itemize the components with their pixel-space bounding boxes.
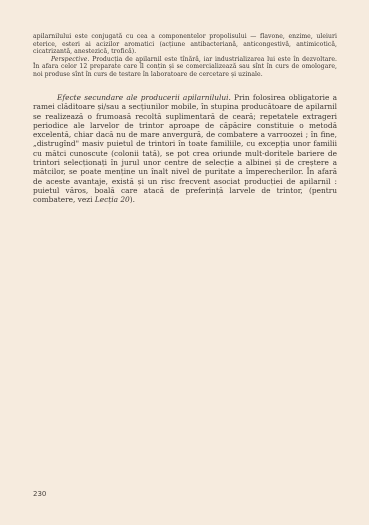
paragraph-perspective: Perspective. Producția de apilarnil este… <box>33 56 337 79</box>
paragraph-text-end: ). <box>130 195 135 204</box>
text-block-small: apilarnilului este conjugată cu cea a co… <box>33 33 337 79</box>
paragraph-text: Prin folosirea obligatorie a ramei clădi… <box>33 93 337 204</box>
section-heading-perspective: Perspective. <box>51 56 89 63</box>
paragraph-side-effects: Efecte secundare ale producerii apilarni… <box>33 93 337 205</box>
lesson-reference: Lecția 20 <box>95 195 130 204</box>
page-number: 230 <box>33 490 46 498</box>
text-block-large: Efecte secundare ale producerii apilarni… <box>33 93 337 205</box>
section-heading-side-effects: Efecte secundare ale producerii apilarni… <box>57 93 231 102</box>
document-page: apilarnilului este conjugată cu cea a co… <box>0 0 369 525</box>
paragraph-apilarnil-composition: apilarnilului este conjugată cu cea a co… <box>33 33 337 56</box>
